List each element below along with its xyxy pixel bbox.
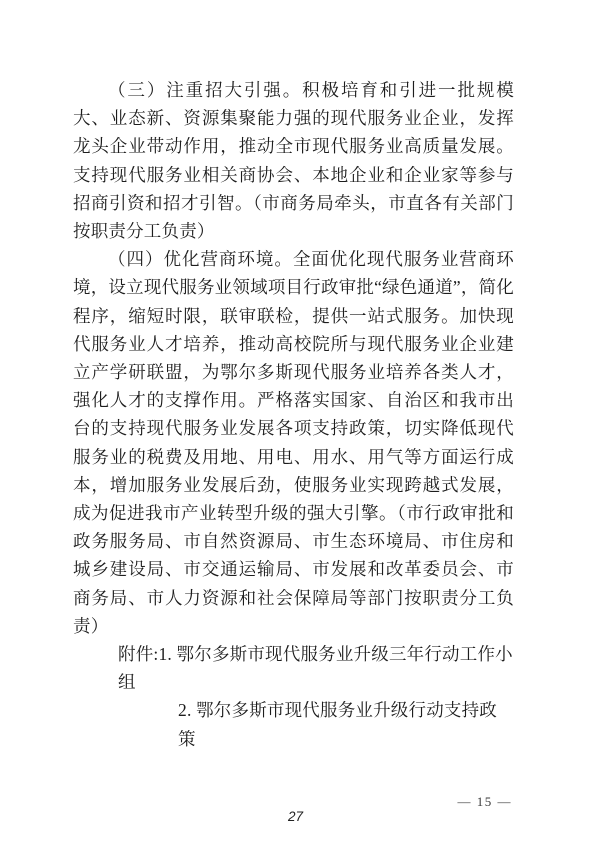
- page-number-bottom: 27: [288, 809, 303, 824]
- document-page: （三）注重招大引强。积极培育和引进一批规模大、业态新、资源集聚能力强的现代服务业…: [0, 0, 600, 848]
- document-body: （三）注重招大引强。积极培育和引进一批规模大、业态新、资源集聚能力强的现代服务业…: [73, 76, 514, 753]
- page-number-right: — 15 —: [458, 794, 513, 810]
- attachment-line-2: 2. 鄂尔多斯市现代服务业升级行动支持政策: [73, 696, 514, 752]
- paragraph-section-3: （三）注重招大引强。积极培育和引进一批规模大、业态新、资源集聚能力强的现代服务业…: [73, 76, 514, 245]
- attachment-line-1: 附件:1. 鄂尔多斯市现代服务业升级三年行动工作小组: [73, 640, 514, 696]
- paragraph-section-4: （四）优化营商环境。全面优化现代服务业营商环境，设立现代服务业领域项目行政审批“…: [73, 245, 514, 640]
